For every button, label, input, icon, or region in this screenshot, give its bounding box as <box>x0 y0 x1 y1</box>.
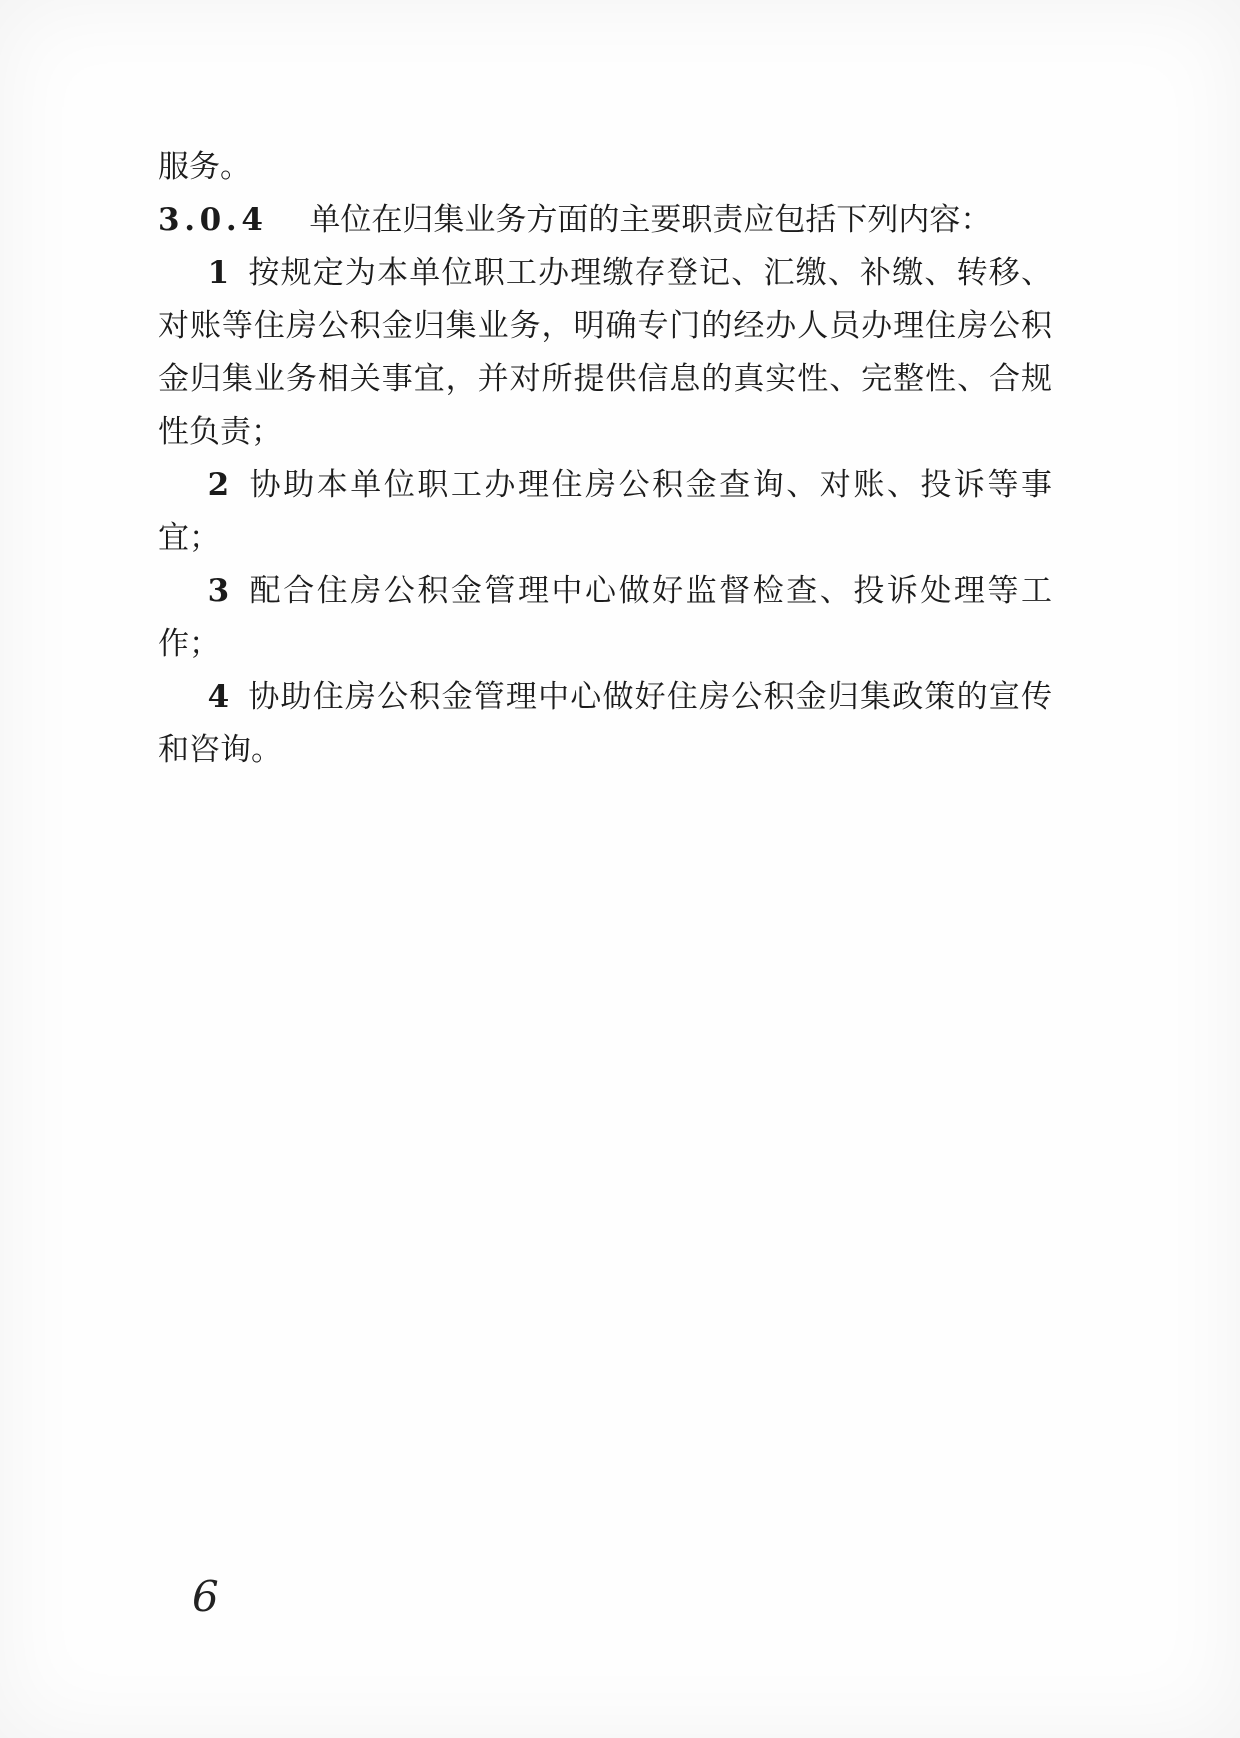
item-2-number: 2 <box>208 467 230 503</box>
paragraph-continuation: 服务。 <box>158 141 1052 194</box>
list-item-2: 2协助本单位职工办理住房公积金查询、对账、投诉等事宜； <box>158 459 1052 565</box>
item-3-number: 3 <box>208 573 230 609</box>
item-2-text: 协助本单位职工办理住房公积金查询、对账、投诉等事宜； <box>158 467 1052 556</box>
list-item-1: 1按规定为本单位职工办理缴存登记、汇缴、补缴、转移、对账等住房公积金归集业务，明… <box>158 247 1052 459</box>
item-1-number: 1 <box>208 255 230 291</box>
continuation-text: 服务。 <box>158 149 251 185</box>
document-page: 服务。 3.0.4单位在归集业务方面的主要职责应包括下列内容： 1按规定为本单位… <box>0 0 1240 1738</box>
item-1-text: 按规定为本单位职工办理缴存登记、汇缴、补缴、转移、对账等住房公积金归集业务，明确… <box>158 255 1052 450</box>
list-item-4: 4协助住房公积金管理中心做好住房公积金归集政策的宣传和咨询。 <box>158 671 1052 777</box>
item-3-text: 配合住房公积金管理中心做好监督检查、投诉处理等工作； <box>158 573 1052 662</box>
page-number: 6 <box>192 1576 219 1618</box>
clause-text: 单位在归集业务方面的主要职责应包括下列内容： <box>309 202 991 238</box>
clause-number: 3.0.4 <box>158 202 268 238</box>
clause-heading: 3.0.4单位在归集业务方面的主要职责应包括下列内容： <box>158 194 1052 247</box>
item-4-number: 4 <box>208 679 230 715</box>
list-item-3: 3配合住房公积金管理中心做好监督检查、投诉处理等工作； <box>158 565 1052 671</box>
item-4-text: 协助住房公积金管理中心做好住房公积金归集政策的宣传和咨询。 <box>158 679 1052 768</box>
page-body-text: 服务。 3.0.4单位在归集业务方面的主要职责应包括下列内容： 1按规定为本单位… <box>158 141 1052 777</box>
